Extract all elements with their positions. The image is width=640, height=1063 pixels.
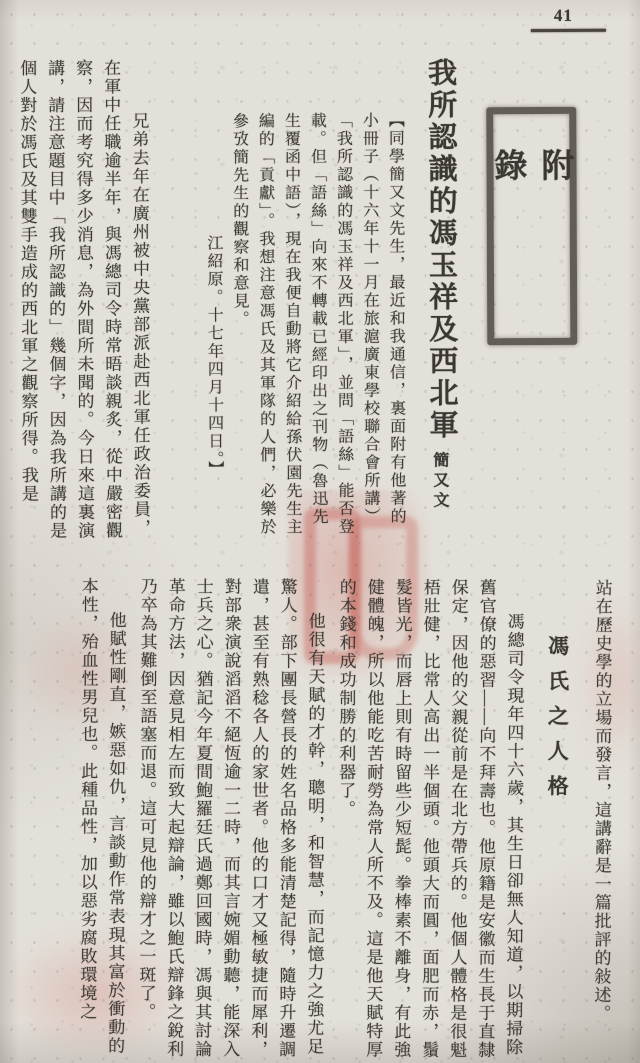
article-title: 我所認識的馮玉祥及西北軍 — [423, 57, 459, 457]
appendix-label: 附錄 — [484, 114, 579, 338]
appendix-box: 附錄 — [486, 107, 577, 345]
bottom-half: 站在歷史學的立場而發言，這講辭是一篇批評的敍述。 馮氏之人格 馮總司令現年四十六… — [69, 577, 619, 1060]
editor-note-text: 【同學簡又文先生，最近和我通信，裏面附有他著的小冊子（十六年十一月在旅滬廣東學校… — [225, 112, 409, 541]
article-author: 簡又文 — [428, 451, 451, 541]
body-paragraph-2: 他很有天賦的才幹，聰明，和智慧，而記憶力之強尤足驚人。部下團長營長的姓名品格多能… — [131, 577, 329, 1059]
body-paragraph-1: 馮總司令現年四十六歲，其生日卻無人知道，以期掃除舊官僚的惡習——向不拜壽也。他原… — [330, 578, 528, 1060]
section-heading: 馮氏之人格 — [541, 579, 573, 1060]
body-paragraph-3: 他賦性剛直，嫉惡如仇，言談動作常表現其富於衝動的本性，殆血性男兒也。此種品性，加… — [72, 577, 130, 1058]
top-half: 41 附錄 我所認識的馮玉祥及西北軍 簡又文 【同學簡又文先生，最近和我通信，裏… — [0, 0, 640, 557]
page-number: 41 — [554, 6, 573, 26]
intro-paragraph: 兄弟去年在廣州被中央黨部派赴西北軍任政治委員，在軍中任職逾半年，與馮總司令時常晤… — [12, 59, 154, 542]
editor-note: 【同學簡又文先生，最近和我通信，裏面附有他著的小冊子（十六年十一月在旅滬廣東學校… — [199, 112, 409, 541]
scanned-book-page: 41 附錄 我所認識的馮玉祥及西北軍 簡又文 【同學簡又文先生，最近和我通信，裏… — [0, 0, 640, 1063]
page-number-underline — [531, 29, 606, 32]
continuation-paragraph: 站在歷史學的立場而發言，這講辭是一篇批評的敍述。 — [586, 579, 616, 1060]
editor-note-signature: 江紹原。十七年四月十四日。】 — [199, 112, 227, 540]
